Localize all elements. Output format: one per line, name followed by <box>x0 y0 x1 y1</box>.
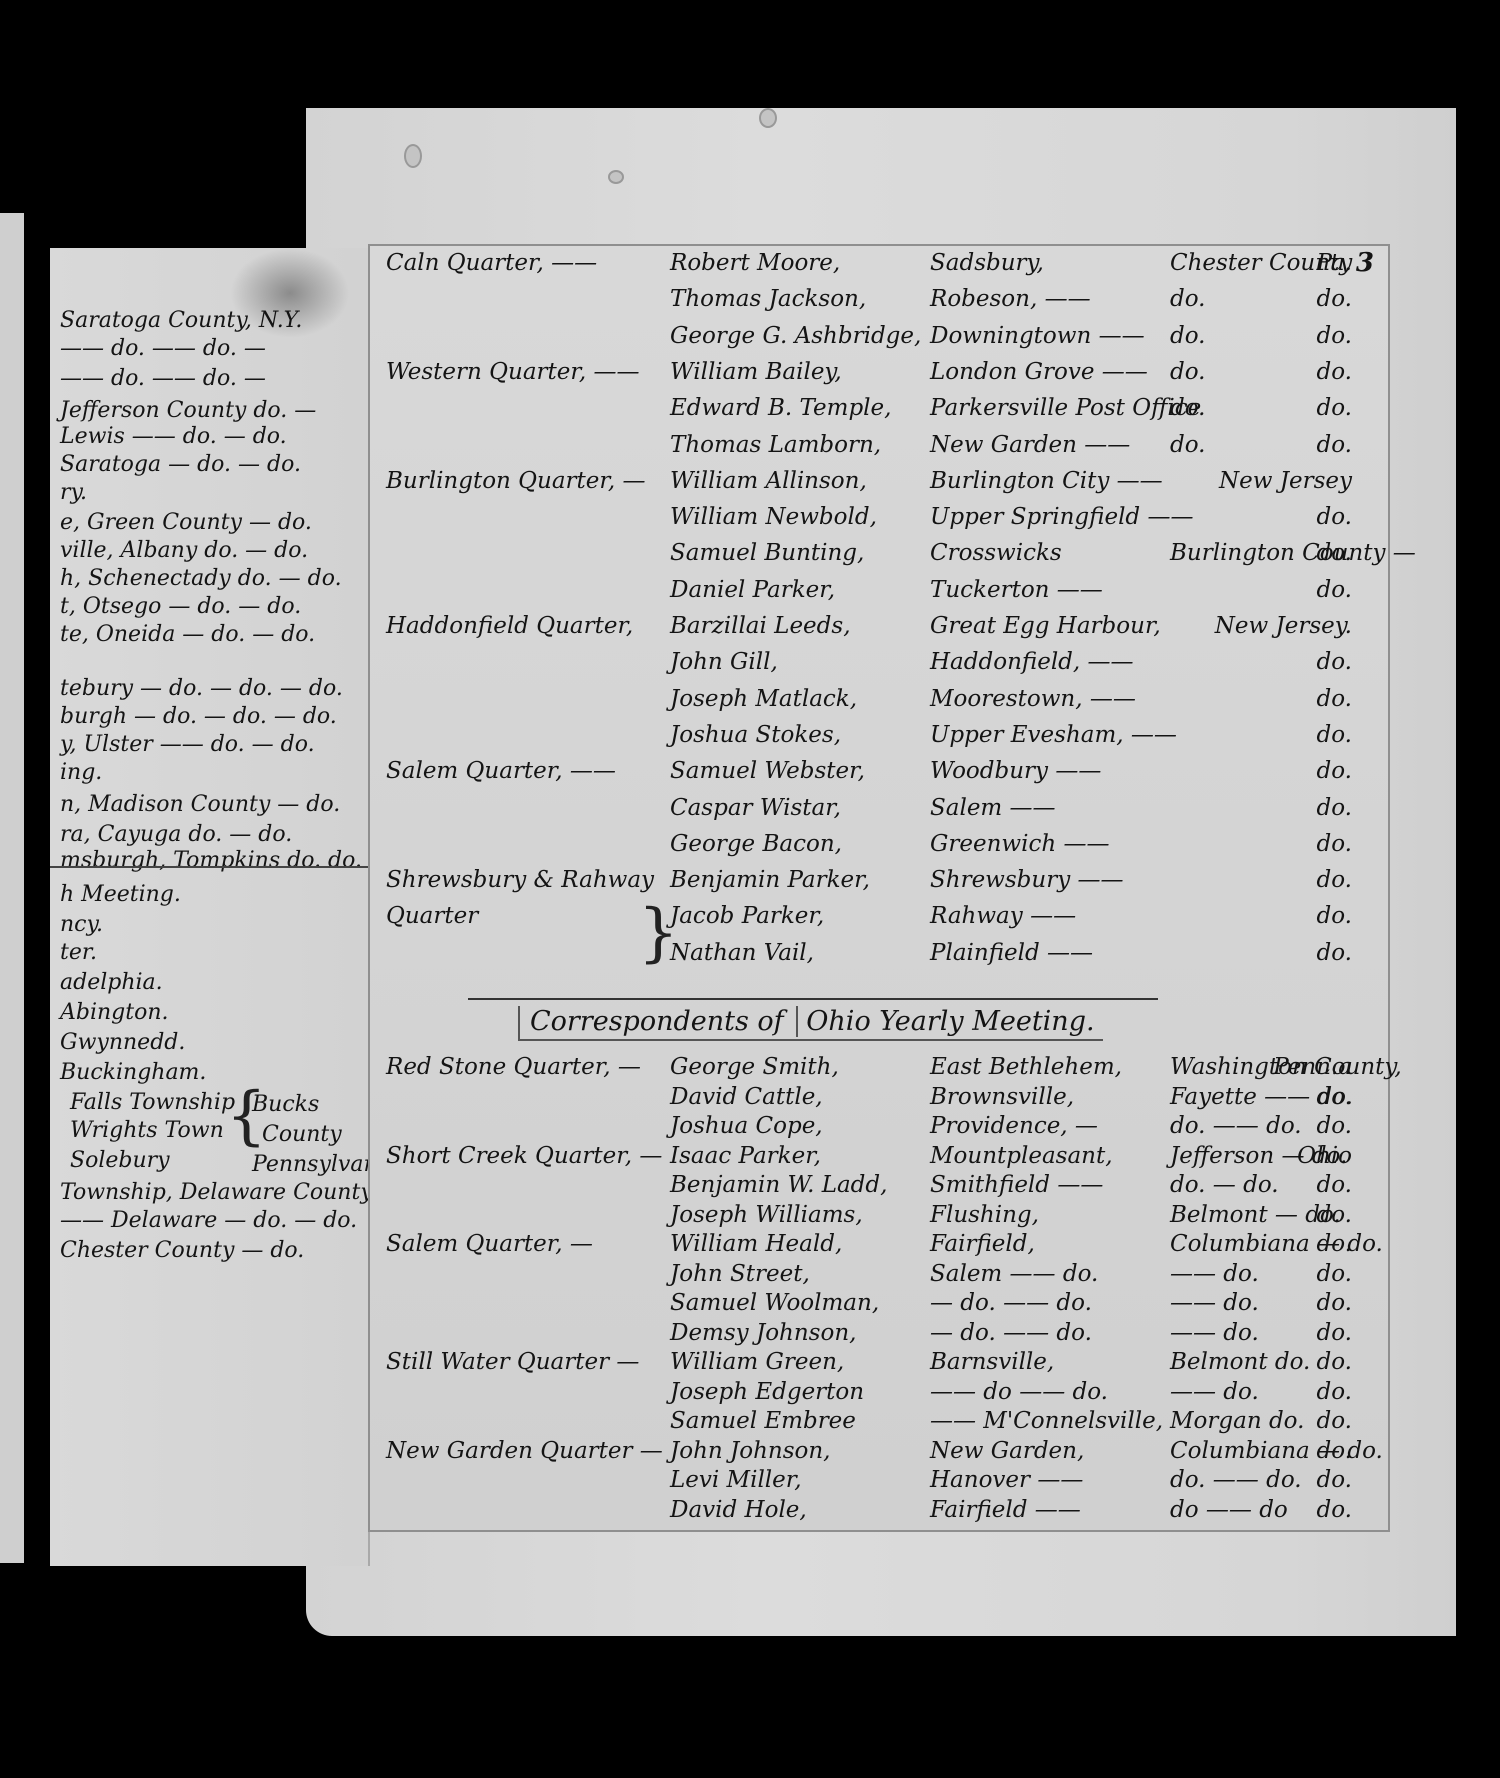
entry-name: George Smith, <box>670 1054 839 1080</box>
left-page-line: Abington. <box>60 1000 362 1025</box>
entry-state: do. <box>1317 1084 1352 1110</box>
left-page-line: ter. <box>60 940 362 965</box>
entry-quarter: Western Quarter, —— <box>386 359 639 385</box>
entry-quarter: Quarter <box>386 903 478 929</box>
entry-place: Salem —— <box>930 795 1056 821</box>
entry-state: do. <box>1317 286 1352 312</box>
left-page-line: Chester County — do. <box>60 1238 362 1263</box>
left-page-line: t, Otsego — do. — do. <box>60 594 362 619</box>
entry-place: Greenwich —— <box>930 831 1109 857</box>
entry-quarter: Red Stone Quarter, — <box>386 1054 641 1080</box>
entry-name: Robert Moore, <box>670 250 840 276</box>
left-page-line: ry. <box>60 480 362 505</box>
entry-county: —— do. <box>1170 1379 1259 1405</box>
entry-state: do. <box>1317 1497 1352 1523</box>
entry-county: Morgan do. <box>1170 1408 1304 1434</box>
entry-place: Fairfield —— <box>930 1497 1081 1523</box>
entry-state: do. <box>1317 831 1352 857</box>
entry-state: do. <box>1317 1379 1352 1405</box>
entry-state: do. <box>1317 323 1352 349</box>
entry-state: do. <box>1317 1113 1352 1139</box>
entry-state: do. <box>1317 867 1352 893</box>
entry-state: do. <box>1317 903 1352 929</box>
entry-place: —— do —— do. <box>930 1379 1108 1405</box>
entry-place: Great Egg Harbour, <box>930 613 1161 639</box>
entry-name: Demsy Johnson, <box>670 1320 856 1346</box>
entry-name: Isaac Parker, <box>670 1143 821 1169</box>
entry-state: do. <box>1317 1172 1352 1198</box>
entry-state: do. <box>1317 395 1352 421</box>
ledger-row: George Bacon,Greenwich ——do. <box>370 831 1388 865</box>
entry-name: Thomas Jackson, <box>670 286 866 312</box>
entry-place: Upper Evesham, —— <box>930 722 1177 748</box>
left-page-line: h Meeting. <box>60 882 362 907</box>
entry-name: Benjamin W. Ladd, <box>670 1172 887 1198</box>
entry-state: Penn.a <box>1273 1054 1352 1080</box>
entry-place: Mountpleasant, <box>930 1143 1113 1169</box>
entry-place: Smithfield —— <box>930 1172 1103 1198</box>
entry-place: New Garden —— <box>930 432 1130 458</box>
entry-name: Thomas Lamborn, <box>670 432 881 458</box>
entry-state: do. <box>1317 577 1352 603</box>
entry-state: do. <box>1317 722 1352 748</box>
entry-state: do. <box>1317 758 1352 784</box>
entry-quarter: Caln Quarter, —— <box>386 250 597 276</box>
brace: } <box>638 901 679 965</box>
ledger-row: David Hole,Fairfield ——do —— dodo. <box>370 1497 1388 1531</box>
ledger-row: Caspar Wistar,Salem ——do. <box>370 795 1388 829</box>
entry-name: Levi Miller, <box>670 1467 802 1493</box>
entry-quarter: Salem Quarter, —— <box>386 758 616 784</box>
entry-state: do. <box>1317 1231 1352 1257</box>
entry-quarter: Salem Quarter, — <box>386 1231 593 1257</box>
entry-name: Benjamin Parker, <box>670 867 870 893</box>
ledger-row: Daniel Parker,Tuckerton ——do. <box>370 577 1388 611</box>
entry-quarter: New Garden Quarter — <box>386 1438 663 1464</box>
entry-state: do. <box>1317 1408 1352 1434</box>
entry-state: do. <box>1317 504 1352 530</box>
heading-part-2: Ohio Yearly Meeting. <box>796 1006 1094 1037</box>
entry-place: Barnsville, <box>930 1349 1054 1375</box>
entry-quarter: Short Creek Quarter, — <box>386 1143 662 1169</box>
entry-name: Joseph Williams, <box>670 1202 863 1228</box>
left-page-line: adelphia. <box>60 970 362 995</box>
left-page-line: ing. <box>60 760 362 785</box>
left-page-line: msburgh, Tompkins do. do. <box>60 848 362 873</box>
entry-name: Samuel Webster, <box>670 758 865 784</box>
ledger-row: Thomas Jackson,Robeson, ——do.do. <box>370 286 1388 320</box>
entry-place: Salem —— do. <box>930 1261 1098 1287</box>
left-ledger-page: Saratoga County, N.Y.—— do. —— do. ——— d… <box>50 248 370 1566</box>
entry-place: Brownsville, <box>930 1084 1074 1110</box>
entry-name: Samuel Bunting, <box>670 540 864 566</box>
ledger-row: Thomas Lamborn,New Garden ——do.do. <box>370 432 1388 466</box>
entry-state: do. <box>1317 540 1352 566</box>
ledger-row: Caln Quarter, ——Robert Moore,Sadsbury,Ch… <box>370 250 1388 284</box>
entry-state: do. <box>1317 1261 1352 1287</box>
entry-name: Samuel Woolman, <box>670 1290 879 1316</box>
entry-state: do. <box>1317 1290 1352 1316</box>
entry-state: New Jersey. <box>1215 613 1352 639</box>
entry-place: —— M'Connelsville, <box>930 1408 1163 1434</box>
entry-county: Burlington County — <box>1170 540 1416 566</box>
left-page-line: e, Green County — do. <box>60 510 362 535</box>
left-page-line: Gwynnedd. <box>60 1030 362 1055</box>
left-page-line: te, Oneida — do. — do. <box>60 622 362 647</box>
left-page-line: tebury — do. — do. — do. <box>60 676 362 701</box>
left-page-line: ra, Cayuga do. — do. <box>60 822 362 847</box>
entry-place: Crosswicks <box>930 540 1062 566</box>
left-page-line: —— do. —— do. — <box>60 366 362 391</box>
entry-quarter: Haddonfield Quarter, <box>386 613 633 639</box>
entry-name: Joseph Matlack, <box>670 686 857 712</box>
entry-place: Burlington City —— <box>930 468 1163 494</box>
entry-name: George G. Ashbridge, <box>670 323 921 349</box>
ledger-row: Joseph Matlack,Moorestown, ——do. <box>370 686 1388 720</box>
ledger-row: Salem Quarter, ——Samuel Webster,Woodbury… <box>370 758 1388 792</box>
entry-place: Fairfield, <box>930 1231 1035 1257</box>
entry-quarter: Burlington Quarter, — <box>386 468 646 494</box>
entry-county: do. <box>1170 432 1205 458</box>
entry-place: Sadsbury, <box>930 250 1044 276</box>
left-page-line: Township, Delaware County, Pa. <box>60 1180 362 1205</box>
entry-state: do. <box>1317 940 1352 966</box>
entry-name: David Cattle, <box>670 1084 823 1110</box>
entry-name: William Newbold, <box>670 504 877 530</box>
left-page-line: Lewis —— do. — do. <box>60 424 362 449</box>
entry-quarter: Still Water Quarter — <box>386 1349 639 1375</box>
left-page-line: ncy. <box>60 912 362 937</box>
entry-place: Hanover —— <box>930 1467 1083 1493</box>
brace-note-line: Pennsylvania <box>252 1150 370 1180</box>
entry-name: Edward B. Temple, <box>670 395 891 421</box>
entry-quarter: Shrewsbury & Rahway <box>386 867 654 893</box>
entry-state: do. <box>1317 1320 1352 1346</box>
left-page-line: ville, Albany do. — do. <box>60 538 362 563</box>
entry-county: —— do. <box>1170 1290 1259 1316</box>
entry-state: New Jersey <box>1219 468 1352 494</box>
entry-place: Shrewsbury —— <box>930 867 1124 893</box>
entry-name: William Allinson, <box>670 468 867 494</box>
entry-name: William Bailey, <box>670 359 842 385</box>
ledger-sheet: 3 Caln Quarter, ——Robert Moore,Sadsbury,… <box>368 244 1390 1532</box>
entry-place: Upper Springfield —— <box>930 504 1193 530</box>
entry-place: Downingtown —— <box>930 323 1145 349</box>
entry-county: do. <box>1170 395 1205 421</box>
entry-state: do. <box>1317 1202 1352 1228</box>
left-page-line: y, Ulster —— do. — do. <box>60 732 362 757</box>
left-page-line: Jefferson County do. — <box>60 398 362 423</box>
entry-place: East Bethlehem, <box>930 1054 1122 1080</box>
entry-county: do. —— do. <box>1170 1467 1302 1493</box>
entry-county: do. <box>1170 359 1205 385</box>
brace-note-line: County <box>252 1120 370 1150</box>
entry-place: Parkersville Post Office <box>930 395 1201 421</box>
entry-county: Belmont do. <box>1170 1349 1310 1375</box>
entry-county: do. —— do. <box>1170 1113 1302 1139</box>
entry-name: William Green, <box>670 1349 844 1375</box>
entry-county: —— do. <box>1170 1320 1259 1346</box>
left-page-line: —— Delaware — do. — do. <box>60 1208 362 1233</box>
entry-state: do. <box>1317 795 1352 821</box>
entry-name: George Bacon, <box>670 831 842 857</box>
adjacent-page-edge <box>0 213 24 1563</box>
entry-state: Ohio <box>1297 1143 1352 1169</box>
left-page-line: Buckingham. <box>60 1060 362 1085</box>
bucks-county-note: BucksCountyPennsylvania <box>252 1090 370 1180</box>
ledger-row: Burlington Quarter, —William Allinson,Bu… <box>370 468 1388 502</box>
entry-name: John Gill, <box>670 649 778 675</box>
left-page-line: Saratoga County, N.Y. <box>60 308 362 333</box>
paper-stain <box>759 108 777 128</box>
entry-place: — do. —— do. <box>930 1320 1092 1346</box>
entry-place: Robeson, —— <box>930 286 1091 312</box>
ledger-row: William Newbold,Upper Springfield ——do. <box>370 504 1388 538</box>
left-page-line: Saratoga — do. — do. <box>60 452 362 477</box>
entry-state: Pa. <box>1317 250 1352 276</box>
entry-state: do. <box>1317 359 1352 385</box>
ledger-row: Nathan Vail,Plainfield ——do. <box>370 940 1388 974</box>
paper-stain <box>608 170 624 184</box>
left-page-line: —— do. —— do. — <box>60 336 362 361</box>
entry-place: Providence, — <box>930 1113 1098 1139</box>
entry-place: London Grove —— <box>930 359 1148 385</box>
entry-place: — do. —— do. <box>930 1290 1092 1316</box>
entry-name: Barzillai Leeds, <box>670 613 851 639</box>
entry-name: Caspar Wistar, <box>670 795 841 821</box>
ledger-row: Joshua Stokes,Upper Evesham, ——do. <box>370 722 1388 756</box>
entry-name: Jacob Parker, <box>670 903 824 929</box>
entry-county: do. <box>1170 286 1205 312</box>
left-page-line: burgh — do. — do. — do. <box>60 704 362 729</box>
ledger-row: Shrewsbury & RahwayBenjamin Parker,Shrew… <box>370 867 1388 901</box>
ledger-row: Edward B. Temple,Parkersville Post Offic… <box>370 395 1388 429</box>
entry-name: Joshua Cope, <box>670 1113 823 1139</box>
section-divider <box>468 998 1158 1000</box>
ledger-row: QuarterJacob Parker,Rahway ——do. <box>370 903 1388 937</box>
brace-note-line: Bucks <box>252 1090 370 1120</box>
entry-state: do. <box>1317 432 1352 458</box>
entry-name: John Street, <box>670 1261 810 1287</box>
entry-name: Samuel Embree <box>670 1408 856 1434</box>
entry-name: Joshua Stokes, <box>670 722 841 748</box>
entry-state: do. <box>1317 1438 1352 1464</box>
entry-state: do. <box>1317 1349 1352 1375</box>
left-page-divider <box>50 866 368 868</box>
entry-place: Haddonfield, —— <box>930 649 1134 675</box>
entry-county: do. — do. <box>1170 1172 1279 1198</box>
entry-name: Nathan Vail, <box>670 940 814 966</box>
entry-county: do. <box>1170 323 1205 349</box>
entry-place: Plainfield —— <box>930 940 1093 966</box>
entry-name: Daniel Parker, <box>670 577 835 603</box>
ledger-row: George G. Ashbridge,Downingtown ——do.do. <box>370 323 1388 357</box>
section-heading: Correspondents of Ohio Yearly Meeting. <box>518 1006 1103 1041</box>
left-page-line: h, Schenectady do. — do. <box>60 566 362 591</box>
entry-place: Moorestown, —— <box>930 686 1136 712</box>
entry-place: Rahway —— <box>930 903 1076 929</box>
entry-state: do. <box>1317 686 1352 712</box>
entry-name: William Heald, <box>670 1231 842 1257</box>
ledger-row: John Gill,Haddonfield, ——do. <box>370 649 1388 683</box>
entry-place: Woodbury —— <box>930 758 1101 784</box>
entry-state: do. <box>1317 1467 1352 1493</box>
entry-county: —— do. <box>1170 1261 1259 1287</box>
entry-name: John Johnson, <box>670 1438 830 1464</box>
entry-name: David Hole, <box>670 1497 807 1523</box>
entry-place: Tuckerton —— <box>930 577 1103 603</box>
left-page-line: n, Madison County — do. <box>60 792 362 817</box>
entry-state: do. <box>1317 649 1352 675</box>
entry-name: Joseph Edgerton <box>670 1379 864 1405</box>
heading-part-1: Correspondents of <box>530 1006 784 1037</box>
entry-place: New Garden, <box>930 1438 1084 1464</box>
entry-place: Flushing, <box>930 1202 1039 1228</box>
ledger-row: Haddonfield Quarter,Barzillai Leeds,Grea… <box>370 613 1388 647</box>
entry-county: Belmont — do. <box>1170 1202 1341 1228</box>
paper-stain <box>404 144 422 168</box>
ledger-row: Samuel Bunting,CrosswicksBurlington Coun… <box>370 540 1388 574</box>
ledger-row: Western Quarter, ——William Bailey,London… <box>370 359 1388 393</box>
entry-county: do —— do <box>1170 1497 1288 1523</box>
